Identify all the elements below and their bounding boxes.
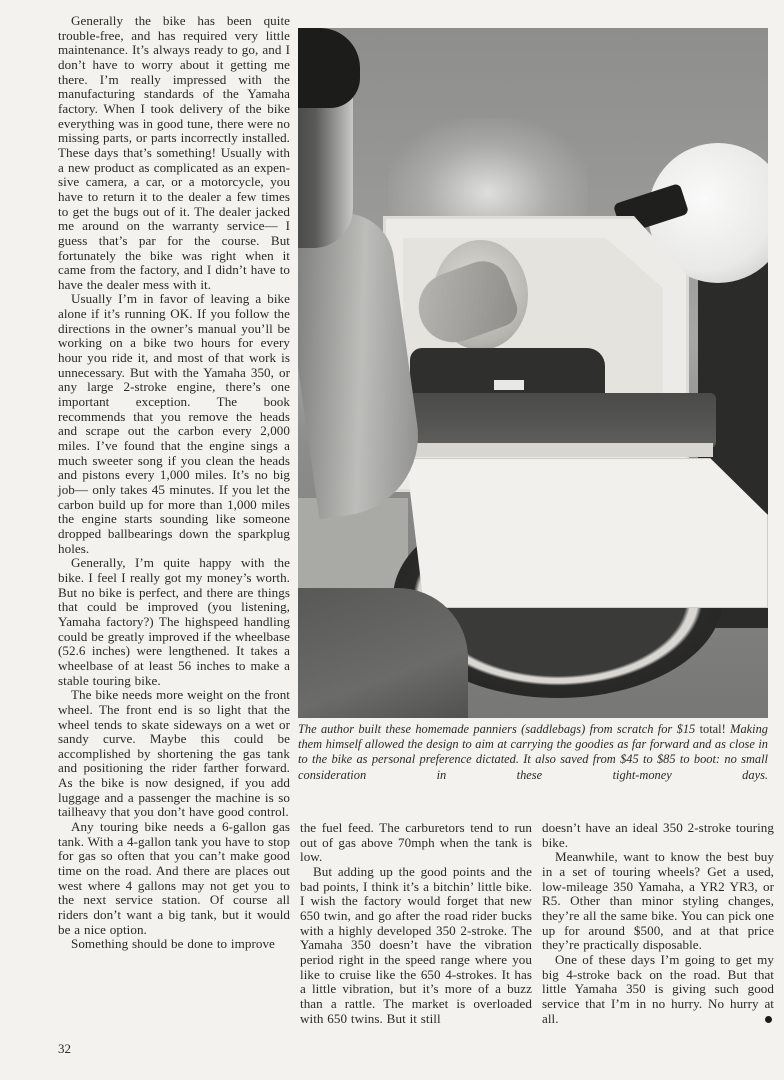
page-number: 32 [58,1042,71,1056]
paragraph: Any touring bike needs a 6-gallon gas ta… [58,820,290,937]
paragraph: Generally, I’m quite happy with the bike… [58,556,290,688]
paragraph-text: One of these days I’m going to get my bi… [542,952,774,1026]
photo-jeans [298,588,468,718]
paragraph: Generally the bike has been quite troubl… [58,14,290,292]
article-column-right: doesn’t have an ideal 350 2-stroke tour­… [542,821,774,1026]
article-photo [298,28,768,718]
caption-italic: The author built these homemade panniers… [298,722,695,736]
article-column-left: Generally the bike has been quite troubl… [58,14,290,952]
caption-upright: total! [695,722,726,736]
paragraph: Something should be done to improve [58,937,290,952]
paragraph: Meanwhile, want to know the best buy in … [542,850,774,953]
paragraph: The bike needs more weight on the front … [58,688,290,820]
paragraph: One of these days I’m going to get my bi… [542,953,774,1026]
photo-folded-cloth [406,393,716,448]
photo-shelf [408,443,713,457]
photo-man-hair [298,28,360,108]
paragraph: the fuel feed. The carburetors tend to r… [300,821,532,865]
paragraph: But adding up the good points and the ba… [300,865,532,1026]
end-bullet-icon [765,1016,772,1023]
paragraph: doesn’t have an ideal 350 2-stroke tour­… [542,821,774,850]
photo-pannier-lid [406,458,768,608]
paragraph: Usually I’m in favor of leaving a bike a… [58,292,290,556]
photo-caption: The author built these homemade panniers… [298,722,768,783]
article-column-middle: the fuel feed. The carburetors tend to r… [300,821,532,1026]
photo-bag-label [494,380,524,390]
